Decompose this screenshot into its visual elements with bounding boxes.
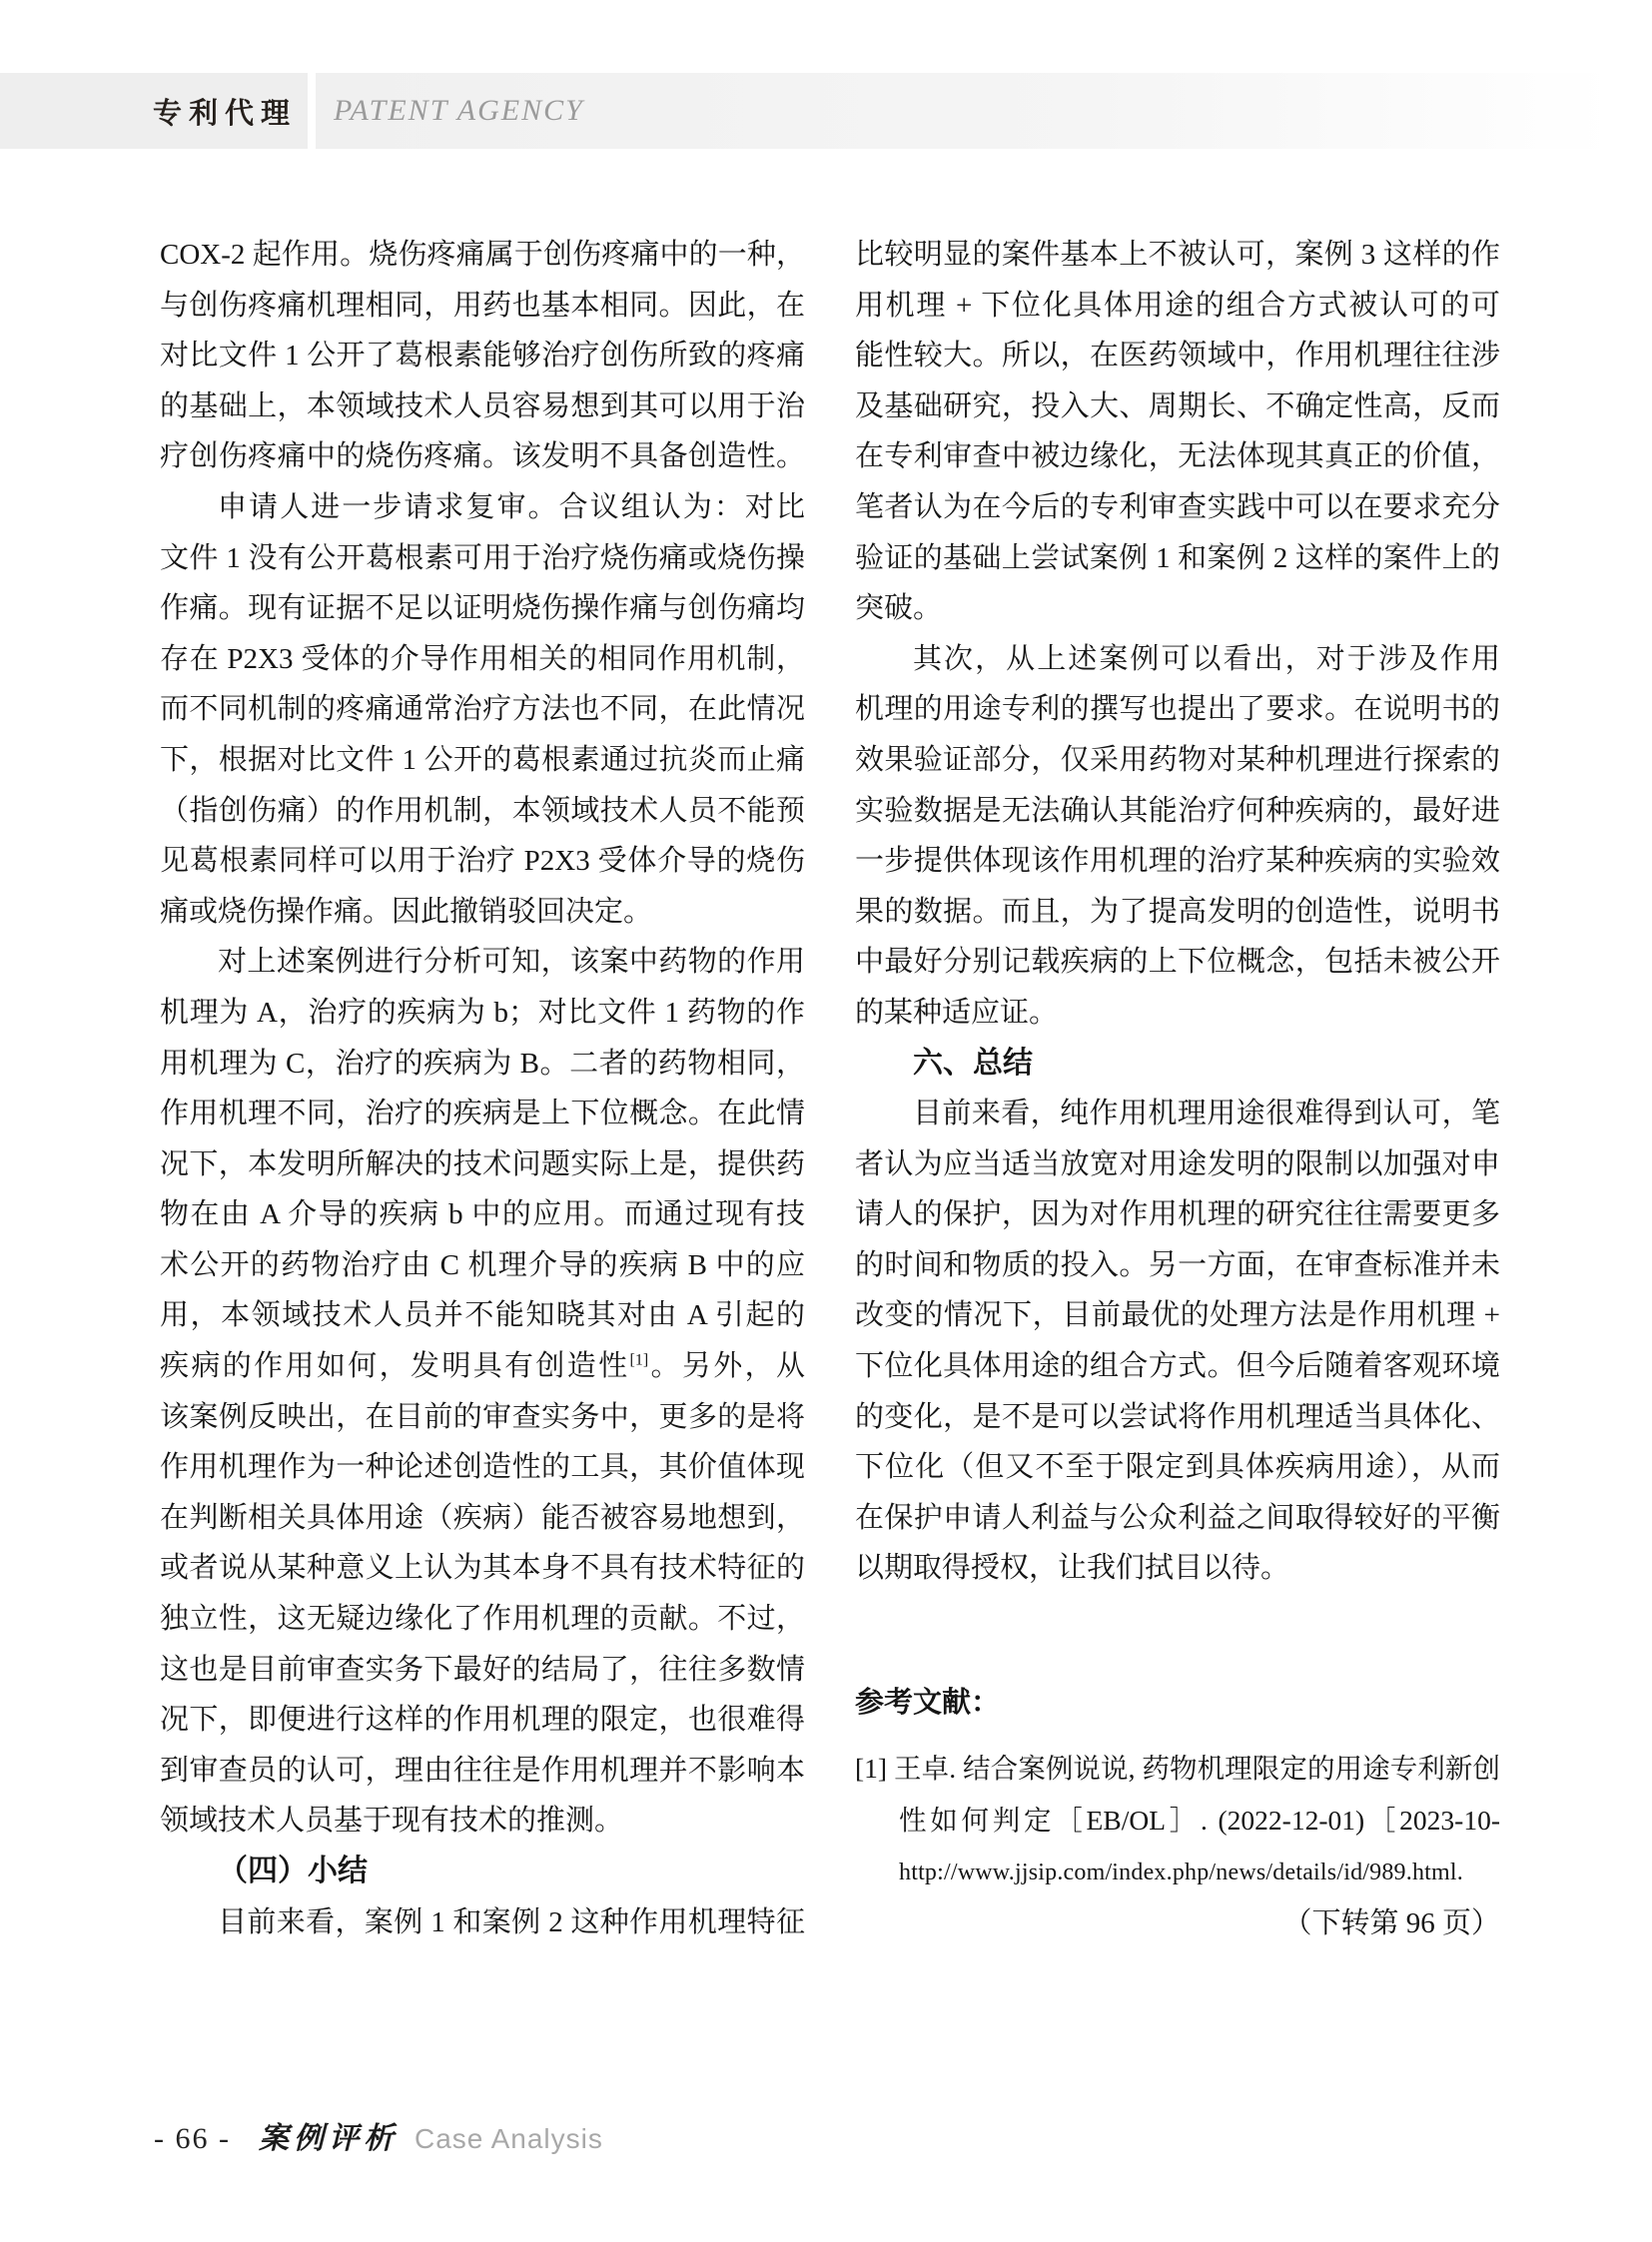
- text-line: 中最好分别记载疾病的上下位概念，包括未被公开: [855, 937, 1500, 988]
- text-line: 或者说从某种意义上认为其本身不具有技术特征的: [160, 1543, 805, 1594]
- text-line: 以期取得授权，让我们拭目以待。: [855, 1543, 1500, 1594]
- text-line: 一步提供体现该作用机理的治疗某种疾病的实验效: [855, 836, 1500, 887]
- left-column: COX-2 起作用。烧伤疼痛属于创伤疼痛中的一种，与创伤疼痛机理相同，用药也基本…: [160, 230, 805, 1947]
- text-line: 机理的用途专利的撰写也提出了要求。在说明书的: [855, 684, 1500, 735]
- text-line: COX-2 起作用。烧伤疼痛属于创伤疼痛中的一种，: [160, 230, 805, 281]
- text-line: 请人的保护，因为对作用机理的研究往往需要更多: [855, 1189, 1500, 1240]
- text-line: 用，本领域技术人员并不能知晓其对由 A 引起的: [160, 1290, 805, 1341]
- header-right-band: PATENT AGENCY: [316, 73, 1614, 149]
- footnote-marker: [1]: [630, 1351, 649, 1368]
- right-column-text: 比较明显的案件基本上不被认可，案例 3 这样的作用机理 + 下位化具体用途的组合…: [855, 230, 1500, 1594]
- text-line: 者认为应当适当放宽对用途发明的限制以加强对申: [855, 1139, 1500, 1190]
- text-line: 用机理 + 下位化具体用途的组合方式被认可的可: [855, 281, 1500, 332]
- text-line: 况下，即便进行这样的作用机理的限定，也很难得: [160, 1695, 805, 1746]
- text-line: 的基础上，本领域技术人员容易想到其可以用于治: [160, 381, 805, 432]
- text-line: 作痛。现有证据不足以证明烧伤操作痛与创伤痛均: [160, 583, 805, 634]
- text-line: 笔者认为在今后的专利审查实践中可以在要求充分: [855, 482, 1500, 533]
- text-line: 对上述案例进行分析可知，该案中药物的作用: [160, 937, 805, 988]
- text-line: 领域技术人员基于现有技术的推测。: [160, 1796, 805, 1847]
- text-line: 存在 P2X3 受体的介导作用相关的相同作用机制，: [160, 634, 805, 685]
- text-line: 的某种适应证。: [855, 988, 1500, 1039]
- header-title-cn: 专利代理: [153, 91, 297, 132]
- continuation-note: （下转第 96 页）: [855, 1898, 1500, 1949]
- text-line: 况下，本发明所解决的技术问题实际上是，提供药: [160, 1139, 805, 1190]
- text-line: 的时间和物质的投入。另一方面，在审查标准并未: [855, 1240, 1500, 1291]
- page-number: - 66 -: [154, 2122, 231, 2156]
- section-heading: 六、总结: [855, 1039, 1500, 1090]
- text-line: 申请人进一步请求复审。合议组认为：对比: [160, 482, 805, 533]
- references-spacer: [855, 1594, 1500, 1678]
- page-header: 专利代理 PATENT AGENCY: [0, 73, 1652, 149]
- text-line: 而不同机制的疼痛通常治疗方法也不同，在此情况: [160, 684, 805, 735]
- right-column: 比较明显的案件基本上不被认可，案例 3 这样的作用机理 + 下位化具体用途的组合…: [855, 230, 1500, 1948]
- text-line: 文件 1 没有公开葛根素可用于治疗烧伤痛或烧伤操: [160, 533, 805, 584]
- footer-section-en: Case Analysis: [414, 2123, 603, 2155]
- reference-list: [1] 王卓. 结合案例说说, 药物机理限定的用途专利新创性如何判定［EB/OL…: [855, 1743, 1500, 1898]
- text-line: 对比文件 1 公开了葛根素能够治疗创伤所致的疼痛: [160, 331, 805, 381]
- text-line: 目前来看，纯作用机理用途很难得到认可，笔: [855, 1089, 1500, 1139]
- text-line: 比较明显的案件基本上不被认可，案例 3 这样的作: [855, 230, 1500, 281]
- text-line: 术公开的药物治疗由 C 机理介导的疾病 B 中的应: [160, 1240, 805, 1291]
- text-line: 其次，从上述案例可以看出，对于涉及作用: [855, 634, 1500, 685]
- text-line: 目前来看，案例 1 和案例 2 这种作用机理特征: [160, 1897, 805, 1948]
- text-segment: 。另外，从: [648, 1350, 805, 1382]
- text-line: 疗创伤疼痛中的烧伤疼痛。该发明不具备创造性。: [160, 431, 805, 482]
- reference-line: [1] 王卓. 结合案例说说, 药物机理限定的用途专利新创: [855, 1743, 1500, 1795]
- references-gap: [855, 1729, 1500, 1743]
- reference-line: 性如何判定［EB/OL］. (2022-12-01)［2023-10-31].: [855, 1795, 1500, 1847]
- text-line: 的变化，是不是可以尝试将作用机理适当具体化、: [855, 1392, 1500, 1443]
- text-line: 下，根据对比文件 1 公开的葛根素通过抗炎而止痛: [160, 735, 805, 786]
- text-line: 到审查员的认可，理由往往是作用机理并不影响本: [160, 1746, 805, 1797]
- text-line: 验证的基础上尝试案例 1 和案例 2 这样的案件上的: [855, 533, 1500, 584]
- text-line: 见葛根素同样可以用于治疗 P2X3 受体介导的烧伤: [160, 836, 805, 887]
- text-line: 果的数据。而且，为了提高发明的创造性，说明书: [855, 887, 1500, 938]
- text-line: 突破。: [855, 583, 1500, 634]
- page-footer: - 66 - 案例评析 Case Analysis: [154, 2113, 603, 2157]
- text-line: 机理为 A，治疗的疾病为 b；对比文件 1 药物的作: [160, 988, 805, 1039]
- text-line: 能性较大。所以，在医药领域中，作用机理往往涉: [855, 331, 1500, 381]
- text-line: 作用机理作为一种论述创造性的工具，其价值体现: [160, 1442, 805, 1493]
- section-heading: （四）小结: [160, 1847, 805, 1897]
- text-line: 在保护申请人利益与公众利益之间取得较好的平衡: [855, 1493, 1500, 1544]
- text-line: 在专利审查中被边缘化，无法体现其真正的价值，: [855, 431, 1500, 482]
- reference-line: http://www.jjsip.com/index.php/news/deta…: [855, 1847, 1500, 1898]
- text-line: （指创伤痛）的作用机制，本领域技术人员不能预: [160, 786, 805, 837]
- text-line: 独立性，这无疑边缘化了作用机理的贡献。不过，: [160, 1594, 805, 1645]
- text-segment: 疾病的作用如何，发明具有创造性: [160, 1350, 630, 1382]
- text-line: 效果验证部分，仅采用药物对某种机理进行探索的: [855, 735, 1500, 786]
- text-line: 下位化（但又不至于限定到具体疾病用途），从而: [855, 1442, 1500, 1493]
- text-line: 物在由 A 介导的疾病 b 中的应用。而通过现有技: [160, 1189, 805, 1240]
- text-line: 实验数据是无法确认其能治疗何种疾病的，最好进: [855, 786, 1500, 837]
- text-line: 及基础研究，投入大、周期长、不确定性高，反而: [855, 381, 1500, 432]
- document-page: 专利代理 PATENT AGENCY COX-2 起作用。烧伤疼痛属于创伤疼痛中…: [0, 0, 1652, 2242]
- text-line: 疾病的作用如何，发明具有创造性[1]。另外，从: [160, 1341, 805, 1392]
- text-line: 这也是目前审查实务下最好的结局了，往往多数情: [160, 1645, 805, 1696]
- text-line: 用机理为 C，治疗的疾病为 B。二者的药物相同，: [160, 1039, 805, 1090]
- text-line: 改变的情况下，目前最优的处理方法是作用机理 +: [855, 1290, 1500, 1341]
- header-title-en: PATENT AGENCY: [334, 94, 584, 128]
- text-line: 作用机理不同，治疗的疾病是上下位概念。在此情: [160, 1089, 805, 1139]
- header-left-band: 专利代理: [0, 73, 308, 149]
- footer-section-cn: 案例评析: [259, 2113, 399, 2157]
- text-line: 痛或烧伤操作痛。因此撤销驳回决定。: [160, 887, 805, 938]
- text-line: 与创伤疼痛机理相同，用药也基本相同。因此，在: [160, 281, 805, 332]
- text-line: 下位化具体用途的组合方式。但今后随着客观环境: [855, 1341, 1500, 1392]
- references-heading: 参考文献：: [855, 1678, 1500, 1729]
- text-line: 在判断相关具体用途（疾病）能否被容易地想到，: [160, 1493, 805, 1544]
- text-line: 该案例反映出，在目前的审查实务中，更多的是将: [160, 1392, 805, 1443]
